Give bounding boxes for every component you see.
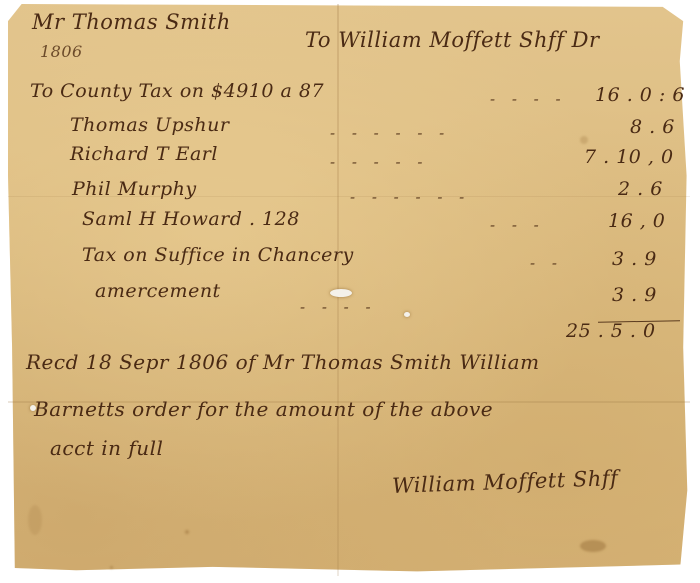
item-leader-dashes: - - (530, 254, 563, 272)
item-description: Saml H Howard . 128 (82, 208, 300, 230)
paper-hole-small (404, 312, 410, 317)
item-leader-dashes: - - - - (300, 298, 377, 316)
item-amount: 16 , 0 (608, 210, 665, 232)
item-description: Tax on Suffice in Chancery (82, 244, 354, 266)
item-description: To County Tax on $4910 a 87 (30, 80, 324, 102)
item-leader-dashes: - - - - (490, 90, 567, 108)
foxing-spot (580, 136, 588, 144)
creditor-header: To William Moffett Shff Dr (305, 28, 600, 52)
item-leader-dashes: - - - - - - (350, 188, 470, 206)
addressee: Mr Thomas Smith (32, 10, 231, 34)
item-leader-dashes: - - - - - (330, 153, 428, 171)
item-amount: 2 . 6 (618, 178, 663, 200)
item-amount: 3 . 9 (612, 284, 657, 306)
item-amount: 7 . 10 , 0 (584, 146, 674, 168)
foxing-spot (110, 566, 113, 569)
foxing-spot (28, 505, 42, 535)
item-description: Richard T Earl (70, 143, 218, 165)
year: 1806 (40, 42, 83, 61)
item-leader-dashes: - - - (490, 216, 545, 234)
item-amount: 8 . 6 (630, 116, 675, 138)
foxing-spot (185, 530, 189, 534)
paper-hole (330, 289, 352, 297)
total-amount: 25 . 5 . 0 (566, 320, 656, 342)
item-description: amercement (95, 280, 221, 302)
item-amount: 3 . 9 (612, 248, 657, 270)
item-description: Phil Murphy (72, 178, 197, 200)
item-amount: 16 . 0 : 6 (595, 84, 685, 106)
ink-stain (580, 540, 606, 552)
receipt-line-2: Barnetts order for the amount of the abo… (34, 397, 493, 421)
receipt-line-3: acct in full (50, 436, 163, 460)
item-description: Thomas Upshur (70, 114, 229, 136)
receipt-line-1: Recd 18 Sepr 1806 of Mr Thomas Smith Wil… (26, 350, 540, 374)
item-leader-dashes: - - - - - - (330, 124, 450, 142)
